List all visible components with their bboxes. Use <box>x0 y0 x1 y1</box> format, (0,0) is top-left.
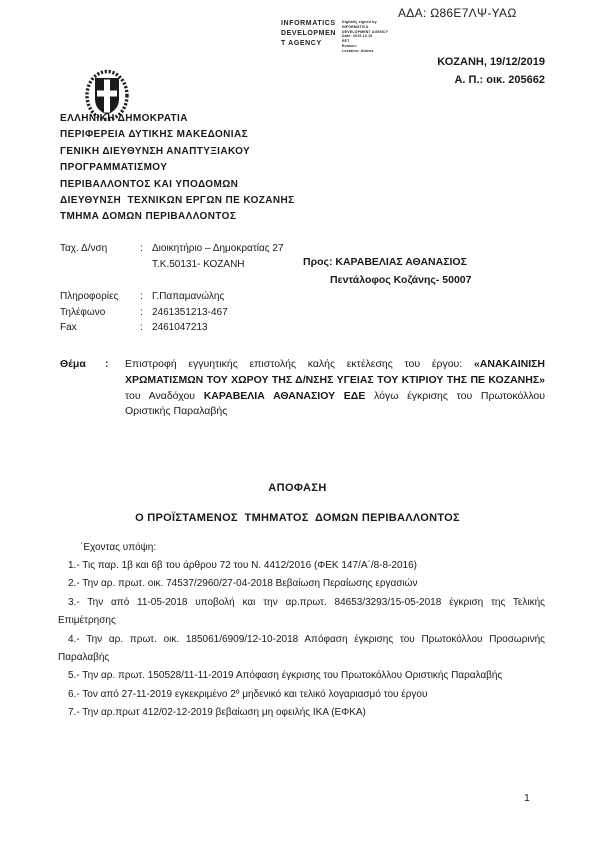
list-item: 6.- Τον από 27-11-2019 εγκεκριμένο 2º μη… <box>58 686 545 704</box>
having-regard-label: ΄Εχοντας υπόψη: <box>80 542 156 553</box>
protocol-number: Α. Π.: οικ. 205662 <box>437 71 545 89</box>
list-item: 7.- Την αρ.πρωτ 412/02-12-2019 βεβαίωση … <box>58 704 545 722</box>
subject-block: Θέμα : Επιστροφή εγγυητικής επιστολής κα… <box>60 357 545 420</box>
page-number: 1 <box>524 792 530 804</box>
list-item: 1.- Τις παρ. 1β και 6β του άρθρου 72 του… <box>58 557 545 575</box>
place-date: ΚΟΖΑΝΗ, 19/12/2019 <box>437 53 545 71</box>
ada-code: ΑΔΑ: Ω86Ε7ΛΨ-ΥΑΩ <box>398 6 517 20</box>
contact-row-fax: Fax : 2461047213 <box>60 320 284 336</box>
letterhead-line: ΠΡΟΓΡΑΜΜΑΤΙΣΜΟΥ <box>60 160 295 176</box>
letterhead-line: ΤΜΗΜΑ ΔΟΜΩΝ ΠΕΡΙΒΑΛΛΟΝΤΟΣ <box>60 209 295 225</box>
considerations-list: 1.- Τις παρ. 1β και 6β του άρθρου 72 του… <box>58 557 545 723</box>
contact-row-phone: Τηλέφωνο : 2461351213-467 <box>60 305 284 321</box>
document-page: ΑΔΑ: Ω86Ε7ΛΨ-ΥΑΩ INFORMATICS DEVELOPMEN … <box>0 0 595 842</box>
contact-row-information: Πληροφορίες : Γ.Παπαμανώλης <box>60 289 284 305</box>
subject-label: Θέμα <box>60 357 105 420</box>
recipient-name: Προς: ΚΑΡΑΒΕΛΙΑΣ ΑΘΑΝΑΣΙΟΣ <box>303 254 471 272</box>
decision-subtitle: Ο ΠΡΟΪΣΤΑΜΕΝΟΣ ΤΜΗΜΑΤΟΣ ΔΟΜΩΝ ΠΕΡΙΒΑΛΛΟΝ… <box>0 512 595 524</box>
recipient-address: Πεντάλοφος Κοζάνης- 50007 <box>303 272 471 290</box>
list-item: 5.- Την αρ. πρωτ. 150528/11-11-2019 Απόφ… <box>58 667 545 685</box>
contact-info: Ταχ. Δ/νση : Διοικητήριο – Δημοκρατίας 2… <box>60 241 284 336</box>
letterhead-line: ΓΕΝΙΚΗ ΔΙΕΥΘΥΝΣΗ ΑΝΑΠΤΥΞΙΑΚΟΥ <box>60 144 295 160</box>
letterhead-line: ΠΕΡΙΦΕΡΕΙΑ ΔΥΤΙΚΗΣ ΜΑΚΕΔΟΝΙΑΣ <box>60 127 295 143</box>
recipient-block: Προς: ΚΑΡΑΒΕΛΙΑΣ ΑΘΑΝΑΣΙΟΣ Πεντάλοφος Κο… <box>303 254 471 289</box>
list-item: 3.- Την από 11-05-2018 υποβολή και την α… <box>58 594 545 631</box>
letterhead-line: ΔΙΕΥΘΥΝΣΗ ΤΕΧΝΙΚΩΝ ΕΡΓΩΝ ΠΕ ΚΟΖΑΝΗΣ <box>60 193 295 209</box>
contact-row-postcode: Τ.Κ.50131- ΚΟΖΑΝΗ <box>60 257 284 273</box>
letterhead-line: ΕΛΛΗΝΙΚΗ ΔΗΜΟΚΡΑΤΙΑ <box>60 111 295 127</box>
digital-signature-stamp: INFORMATICS DEVELOPMEN T AGENCY Digitall… <box>281 19 388 54</box>
decision-title: ΑΠΟΦΑΣΗ <box>0 482 595 494</box>
list-item: 2.- Την αρ. πρωτ. οικ. 74537/2960/27-04-… <box>58 575 545 593</box>
letterhead-line: ΠΕΡΙΒΑΛΛΟΝΤΟΣ ΚΑΙ ΥΠΟΔΟΜΩΝ <box>60 177 295 193</box>
contact-row-address: Ταχ. Δ/νση : Διοικητήριο – Δημοκρατίας 2… <box>60 241 284 257</box>
contractor-name: ΚΑΡΑΒΕΛΙΑ ΑΘΑΝΑΣΙΟΥ ΕΔΕ <box>204 390 366 402</box>
stamp-agency-name: INFORMATICS DEVELOPMEN T AGENCY <box>281 19 336 54</box>
list-item: 4.- Την αρ. πρωτ. οικ. 185061/6909/12-10… <box>58 631 545 668</box>
stamp-signature-details: Digitally signed by INFORMATICS DEVELOPM… <box>342 19 388 54</box>
subject-separator: : <box>105 357 125 420</box>
letterhead: ΕΛΛΗΝΙΚΗ ΔΗΜΟΚΡΑΤΙΑ ΠΕΡΙΦΕΡΕΙΑ ΔΥΤΙΚΗΣ Μ… <box>60 111 295 226</box>
date-protocol-block: ΚΟΖΑΝΗ, 19/12/2019 Α. Π.: οικ. 205662 <box>437 53 545 89</box>
subject-text: Επιστροφή εγγυητικής επιστολής καλής εκτ… <box>125 357 545 420</box>
